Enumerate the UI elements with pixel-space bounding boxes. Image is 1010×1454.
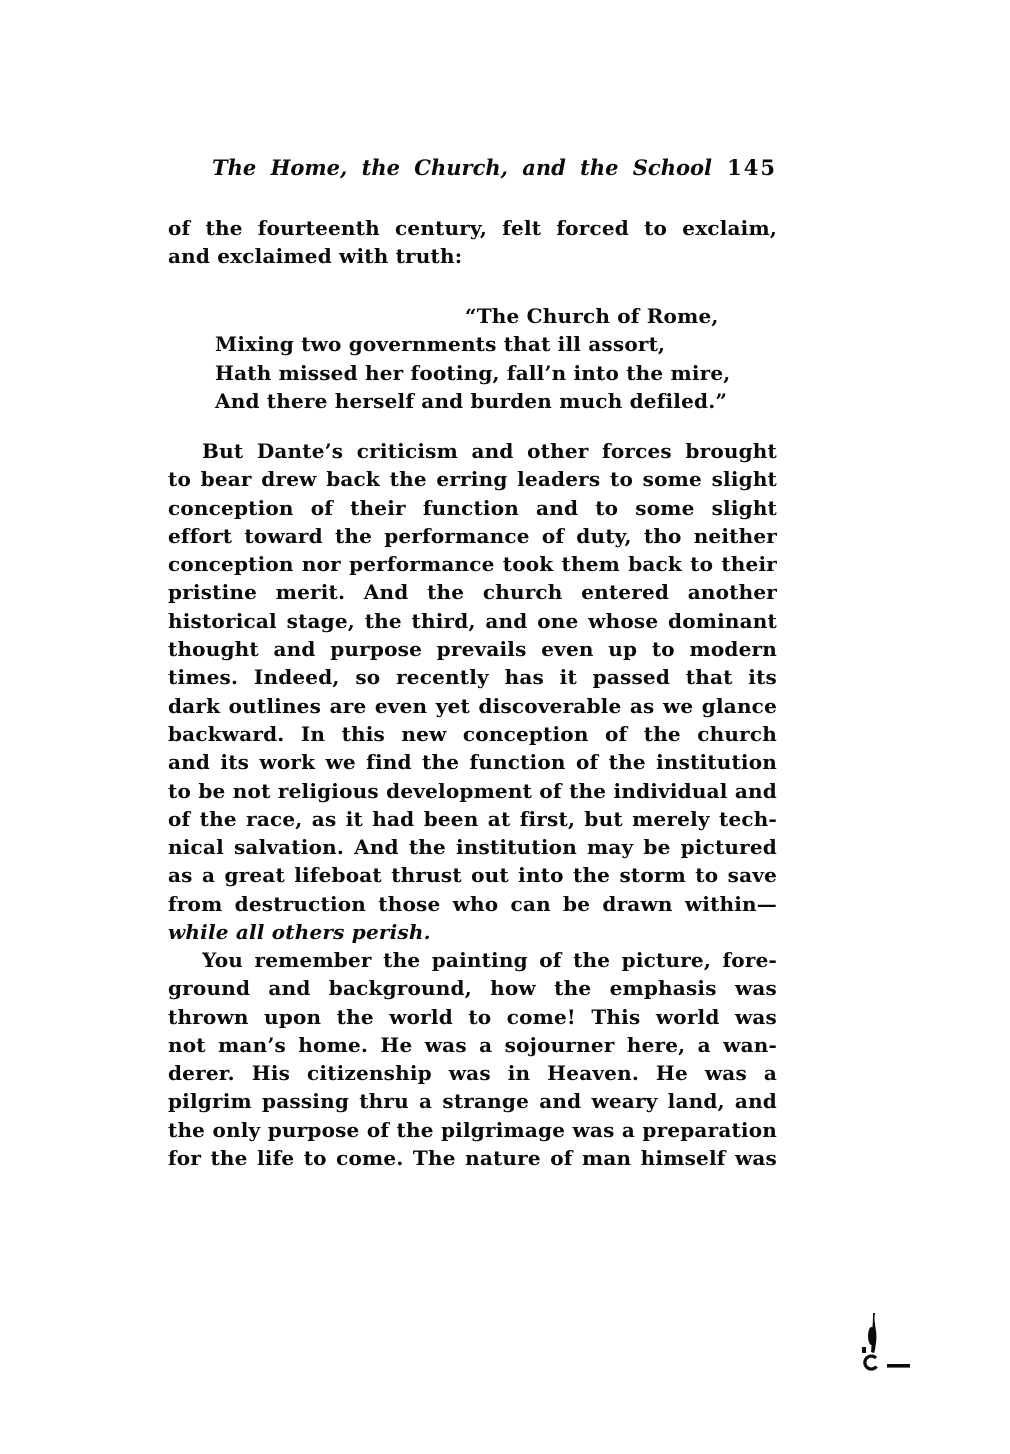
text-line: as a great lifeboat thrust out into the … <box>168 861 777 889</box>
running-header: The Home, the Church, and the School 145 <box>168 153 777 183</box>
verse-line: Mixing two governments that ill assort, <box>215 330 777 358</box>
paragraph-painting-picture: You remember the painting of the picture… <box>168 946 777 1172</box>
text-line: of the fourteenth century, felt forced t… <box>168 214 777 242</box>
text-line: You remember the painting of the picture… <box>168 946 777 974</box>
text-line: dark outlines are even yet discoverable … <box>168 692 777 720</box>
verse-line: “The Church of Rome, <box>215 302 777 330</box>
text-line: thrown upon the world to come! This worl… <box>168 1003 777 1031</box>
text-line: to bear drew back the erring leaders to … <box>168 465 777 493</box>
text-line: backward. In this new conception of the … <box>168 720 777 748</box>
verse-line: Hath missed her footing, fall’n into the… <box>215 359 777 387</box>
text-line: thought and purpose prevails even up to … <box>168 635 777 663</box>
text-line: of the race, as it had been at first, bu… <box>168 805 777 833</box>
text-line: the only purpose of the pilgrimage was a… <box>168 1116 777 1144</box>
text-line: and exclaimed with truth: <box>168 242 777 270</box>
text-line: nical salvation. And the institution may… <box>168 833 777 861</box>
text-line: conception nor performance took them bac… <box>168 550 777 578</box>
book-page: The Home, the Church, and the School 145… <box>0 0 1010 1454</box>
running-header-title: The Home, the Church, and the School <box>212 153 712 183</box>
text-line: for the life to come. The nature of man … <box>168 1144 777 1172</box>
text-line: derer. His citizenship was in Heaven. He… <box>168 1059 777 1087</box>
verse-quotation: “The Church of Rome, Mixing two governme… <box>215 302 777 415</box>
text-line: not man’s home. He was a sojourner here,… <box>168 1031 777 1059</box>
paragraph-dante-criticism: But Dante’s criticism and other forces b… <box>168 437 777 946</box>
text-line: to be not religious development of the i… <box>168 777 777 805</box>
text-line-italic: while all others perish. <box>168 918 777 946</box>
text-line: from destruction those who can be drawn … <box>168 890 777 918</box>
text-line: historical stage, the third, and one who… <box>168 607 777 635</box>
paragraph-continuation: of the fourteenth century, felt forced t… <box>168 214 777 271</box>
text-line: But Dante’s criticism and other forces b… <box>168 437 777 465</box>
verse-line: And there herself and burden much defile… <box>215 387 777 415</box>
text-line: and its work we find the function of the… <box>168 748 777 776</box>
text-line: conception of their function and to some… <box>168 494 777 522</box>
text-line: effort toward the performance of duty, t… <box>168 522 777 550</box>
text-line: ground and background, how the emphasis … <box>168 974 777 1002</box>
text-line: pilgrim passing thru a strange and weary… <box>168 1087 777 1115</box>
ink-smudge-icon <box>855 1305 915 1375</box>
page-number: 145 <box>727 153 777 183</box>
text-line: times. Indeed, so recently has it passed… <box>168 663 777 691</box>
text-line: pristine merit. And the church entered a… <box>168 578 777 606</box>
